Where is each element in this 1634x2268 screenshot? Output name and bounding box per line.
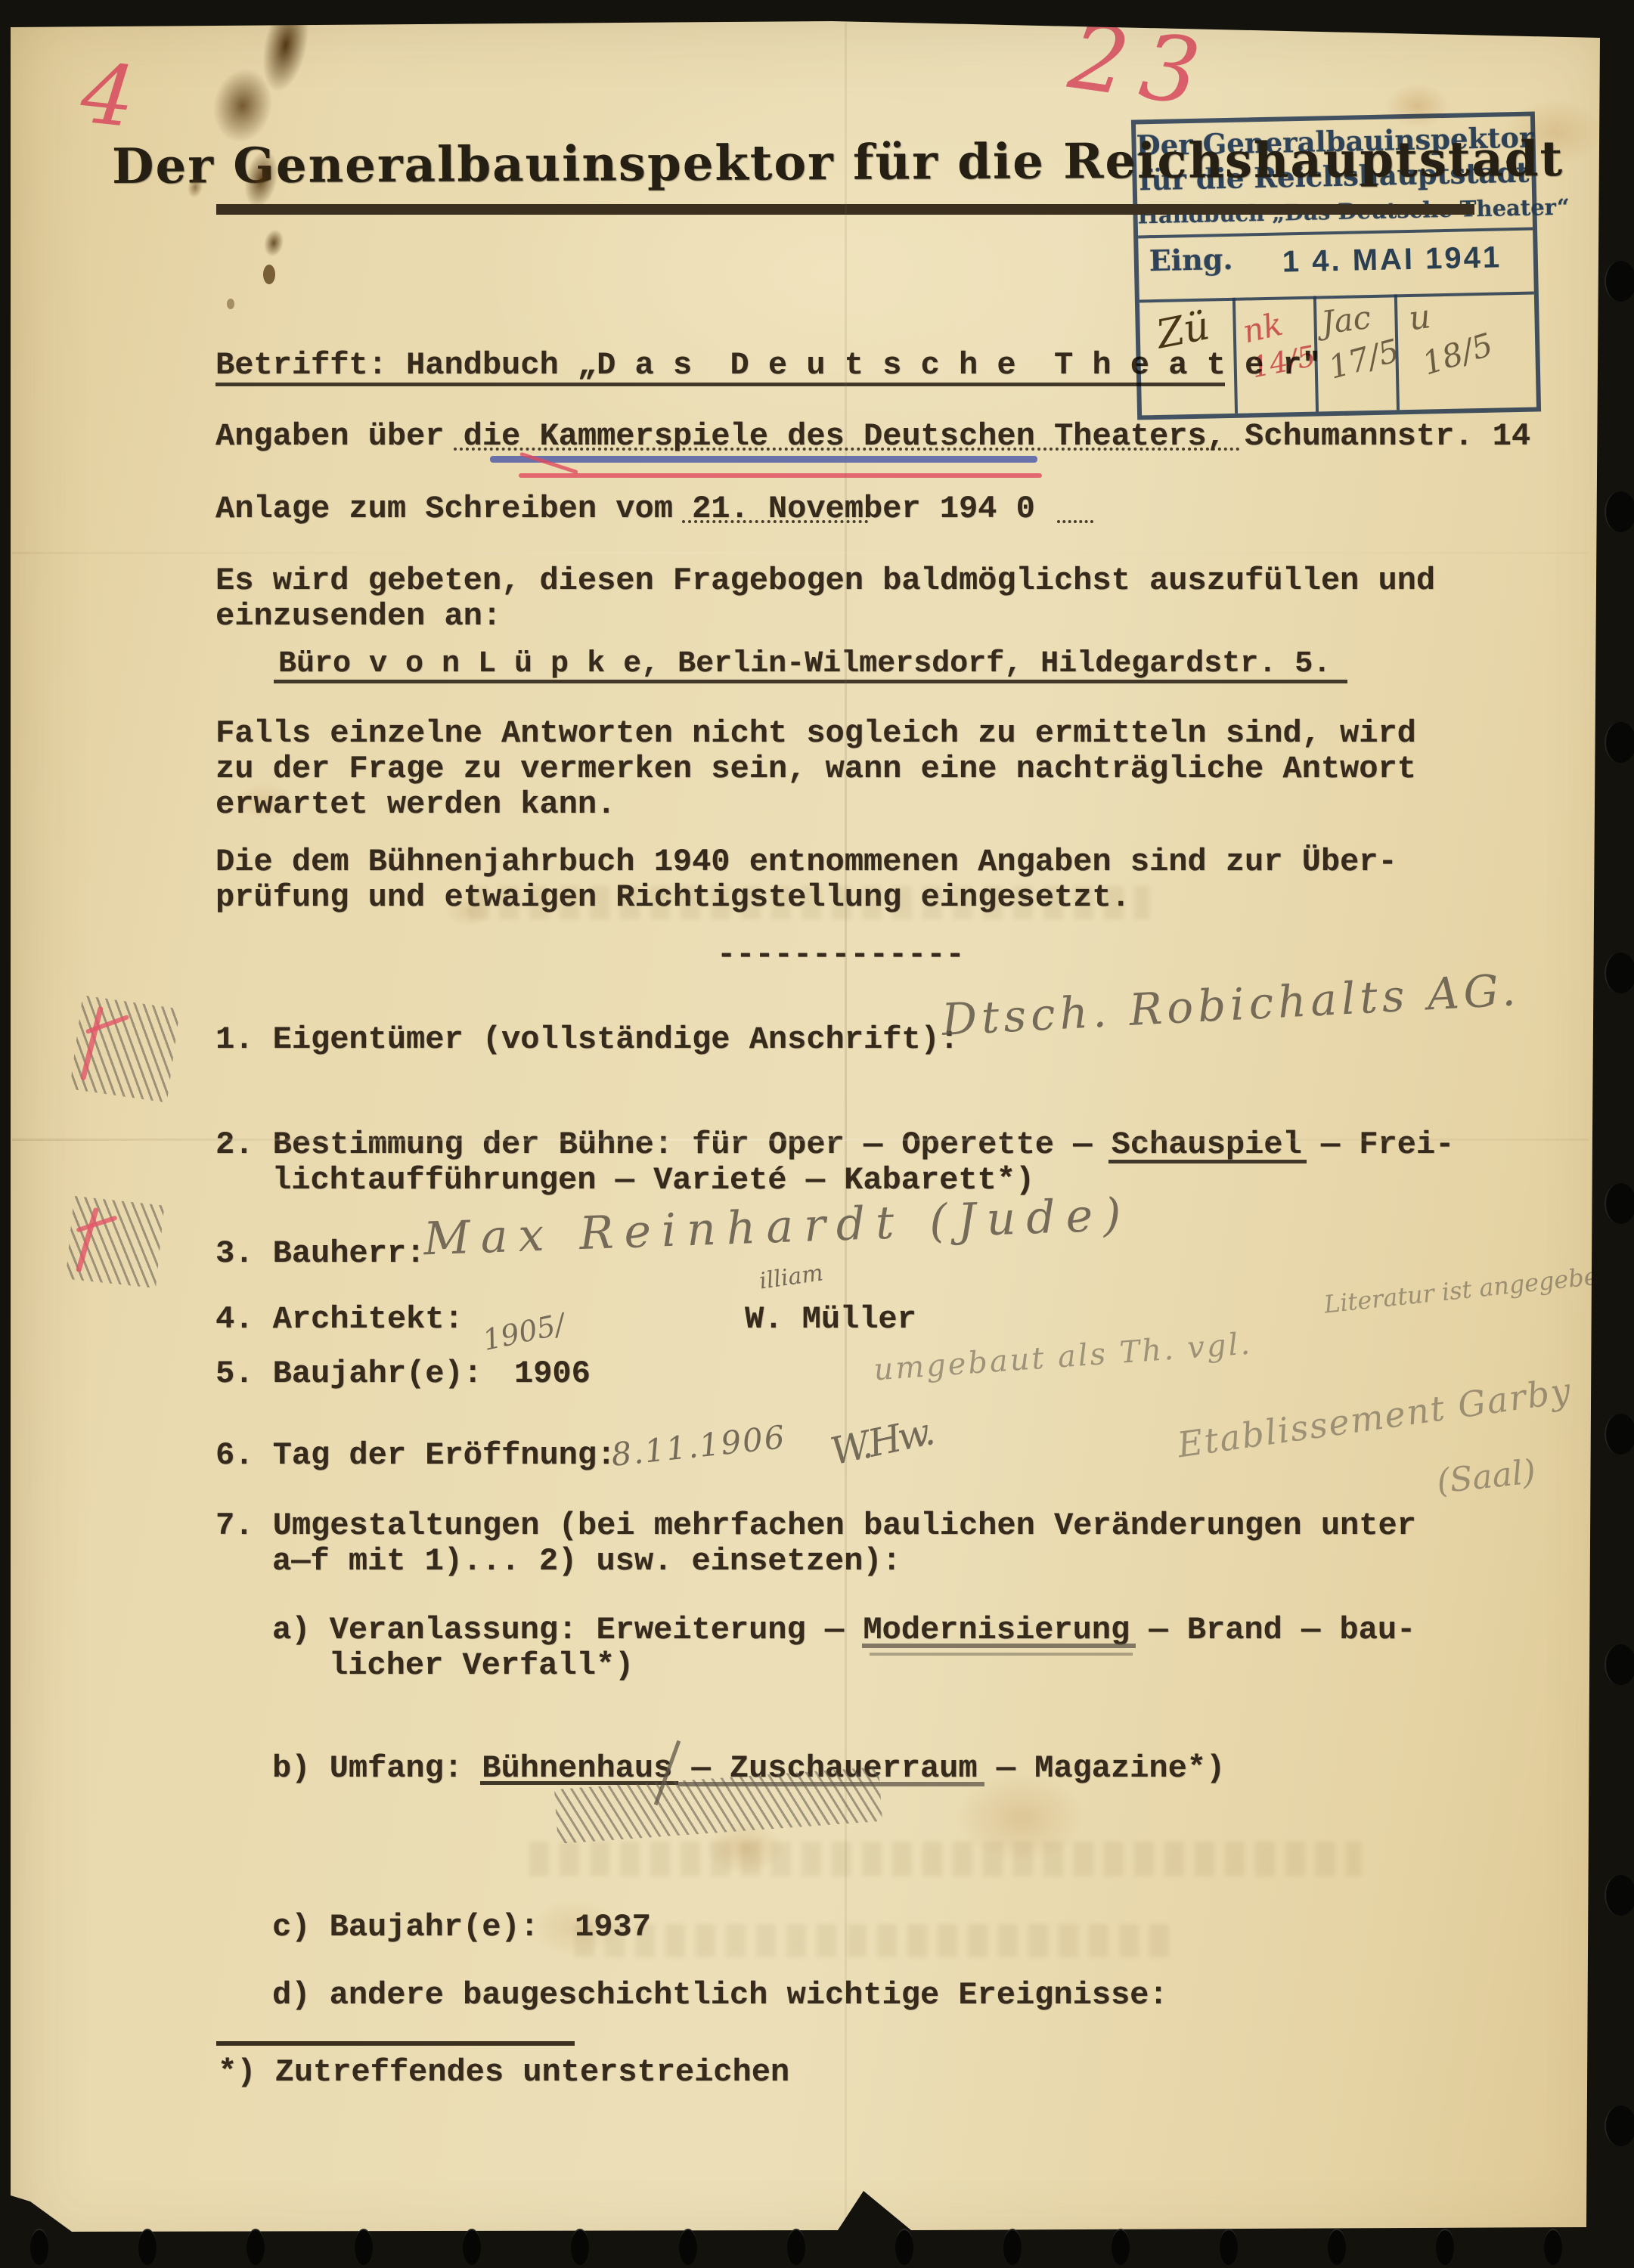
question-1-answer-handwritten: Dtsch. Robichalts AG. — [941, 964, 1521, 1046]
question-6-scribble: W.Hw. — [826, 1410, 935, 1474]
intro-paragraph2-line2: zu der Frage zu vermerken sein, wann ein… — [215, 751, 1416, 787]
question-3-label: 3. Bauherr: — [215, 1236, 425, 1272]
question-7-line2: a—f mit 1)... 2) usw. einsetzen): — [272, 1544, 901, 1579]
perforation-hole — [895, 2229, 913, 2265]
perforation-hole — [1112, 2229, 1130, 2265]
blue-crayon-underline — [490, 456, 1037, 463]
stamp-divider — [1138, 228, 1533, 239]
perforation-hole — [787, 2229, 805, 2265]
stamp-initials-2: nk — [1239, 305, 1286, 351]
bleed-through-smudge — [575, 1924, 1180, 1957]
about-line: Angaben über die Kammerspiele des Deutsc… — [215, 419, 1530, 454]
margin-check-hatch — [70, 996, 180, 1103]
perforation-hole — [1605, 722, 1634, 763]
subject-underline — [215, 383, 1225, 386]
perforation-hole — [1605, 953, 1634, 993]
perforation-hole — [463, 2229, 481, 2265]
question-4-value-typed: W. Müller — [745, 1302, 916, 1337]
address-line: Büro v o n L ü p k e, Berlin-Wilmersdorf… — [278, 646, 1331, 682]
footnote-text: *) Zutreffendes unterstreichen — [218, 2055, 789, 2090]
question-5-note1-handwritten: umgebaut als Th. vgl. — [873, 1327, 1253, 1388]
question-4-insert-handwritten: illiam — [758, 1259, 825, 1294]
fold-crease-vertical — [845, 23, 847, 2230]
margin-note-right-handwritten: Literatur ist angegeben. — [1322, 1259, 1623, 1318]
intro-paragraph2-line1: Falls einzelne Antworten nicht sogleich … — [215, 716, 1416, 751]
margin-check-hatch — [66, 1196, 165, 1288]
question-7c-label: c) Baujahr(e): — [272, 1910, 539, 1945]
red-folio-number: 23 — [1063, 5, 1219, 129]
question-2-line1: 2. Bestimmung der Bühne: für Oper — Oper… — [215, 1127, 1454, 1163]
question-6-answer-handwritten: 8.11.1906 — [609, 1418, 788, 1473]
intro-paragraph1-line2: einzusenden an: — [215, 599, 501, 634]
red-crayon-underline — [519, 473, 1042, 478]
intro-paragraph2-line3: erwartet werden kann. — [215, 787, 615, 823]
question-6-label: 6. Tag der Eröffnung: — [215, 1438, 615, 1473]
question-5-note3-handwritten: (Saal) — [1435, 1452, 1538, 1501]
stamp-initials-3: Jac — [1319, 299, 1373, 342]
stamp-received-date: 1 4. MAI 1941 — [1282, 240, 1502, 279]
perforation-hole — [1605, 1414, 1634, 1455]
modernisierung-underline-2 — [870, 1653, 1133, 1656]
question-7d-label: d) andere baugeschichtlich wichtige Erei… — [272, 1978, 1168, 2013]
ink-drip — [263, 265, 275, 284]
fold-crease-horizontal — [12, 552, 1589, 554]
question-5-value-typed: 1906 — [514, 1356, 591, 1392]
intro-paragraph3-line2: prüfung und etwaigen Richtigstellung ein… — [215, 880, 1130, 916]
stamp-divider — [1139, 292, 1534, 303]
perforation-hole — [1605, 261, 1634, 302]
perforation-hole — [355, 2229, 373, 2265]
intro-paragraph3-line1: Die dem Bühnenjahrbuch 1940 entnommenen … — [215, 844, 1397, 880]
perforation-hole — [1605, 1183, 1634, 1224]
document-paper: 4 23 Der Generalbauinspektor für die Rei… — [0, 0, 1634, 2268]
attachment-line: Anlage zum Schreiben vom 21. November 19… — [215, 491, 1035, 527]
stamp-initials-1: Zü — [1153, 303, 1214, 358]
perforation-hole — [138, 2229, 157, 2265]
stamp-received-label: Eing. — [1149, 241, 1248, 277]
perforation-hole — [1544, 2229, 1562, 2265]
attachment-dotted-line — [1057, 520, 1093, 523]
perforation-hole — [246, 2229, 265, 2265]
perforation-hole — [679, 2229, 697, 2265]
ink-drip — [227, 299, 234, 309]
footnote-rule — [216, 2041, 575, 2046]
intro-paragraph1-line1: Es wird gebeten, diesen Fragebogen baldm… — [215, 563, 1435, 599]
perforation-hole — [1605, 491, 1634, 532]
bleed-through-smudge — [529, 1842, 1361, 1876]
stamp-cell-separator — [1232, 298, 1238, 414]
question-2-line2: lichtaufführungen — Varieté — Kabarett*) — [272, 1163, 1034, 1198]
question-7c-value-typed: 1937 — [575, 1910, 651, 1945]
question-1-label: 1. Eigentümer (vollständige Anschrift): — [215, 1022, 959, 1058]
question-7a-line2: licher Verfall*) — [329, 1648, 634, 1684]
perforation-hole — [1328, 2229, 1346, 2265]
perforation-hole — [1605, 1644, 1634, 1685]
schauspiel-underline — [1108, 1160, 1307, 1163]
question-5-note2-handwritten: Etablissement Garby — [1175, 1370, 1574, 1466]
question-5-above-handwritten: 1905/ — [480, 1307, 568, 1357]
address-underline — [274, 680, 1347, 683]
ink-stain — [125, 0, 374, 274]
perforation-hole — [1605, 2105, 1634, 2146]
red-page-number: 4 — [77, 45, 140, 147]
perforation-hole — [571, 2229, 589, 2265]
perforation-hole — [1220, 2229, 1238, 2265]
separator-dashes: ------------- — [717, 937, 965, 973]
question-5-label: 5. Baujahr(e): — [215, 1356, 482, 1392]
question-7-line1: 7. Umgestaltungen (bei mehrfachen baulic… — [215, 1508, 1416, 1544]
perforation-hole — [1436, 2229, 1454, 2265]
perforation-hole — [30, 2229, 48, 2265]
fold-crease-horizontal — [12, 1139, 1589, 1141]
perforation-hole — [1605, 1875, 1634, 1916]
stamp-initials-4: u — [1406, 297, 1433, 338]
question-3-answer-handwritten: Max Reinhardt (Jude) — [423, 1188, 1133, 1266]
scanned-document-photo: { "letterhead": { "title": "Der Generalb… — [0, 0, 1634, 2268]
question-4-label: 4. Architekt: — [215, 1302, 464, 1337]
modernisierung-underline — [862, 1644, 1136, 1648]
perforation-hole — [1003, 2229, 1022, 2265]
